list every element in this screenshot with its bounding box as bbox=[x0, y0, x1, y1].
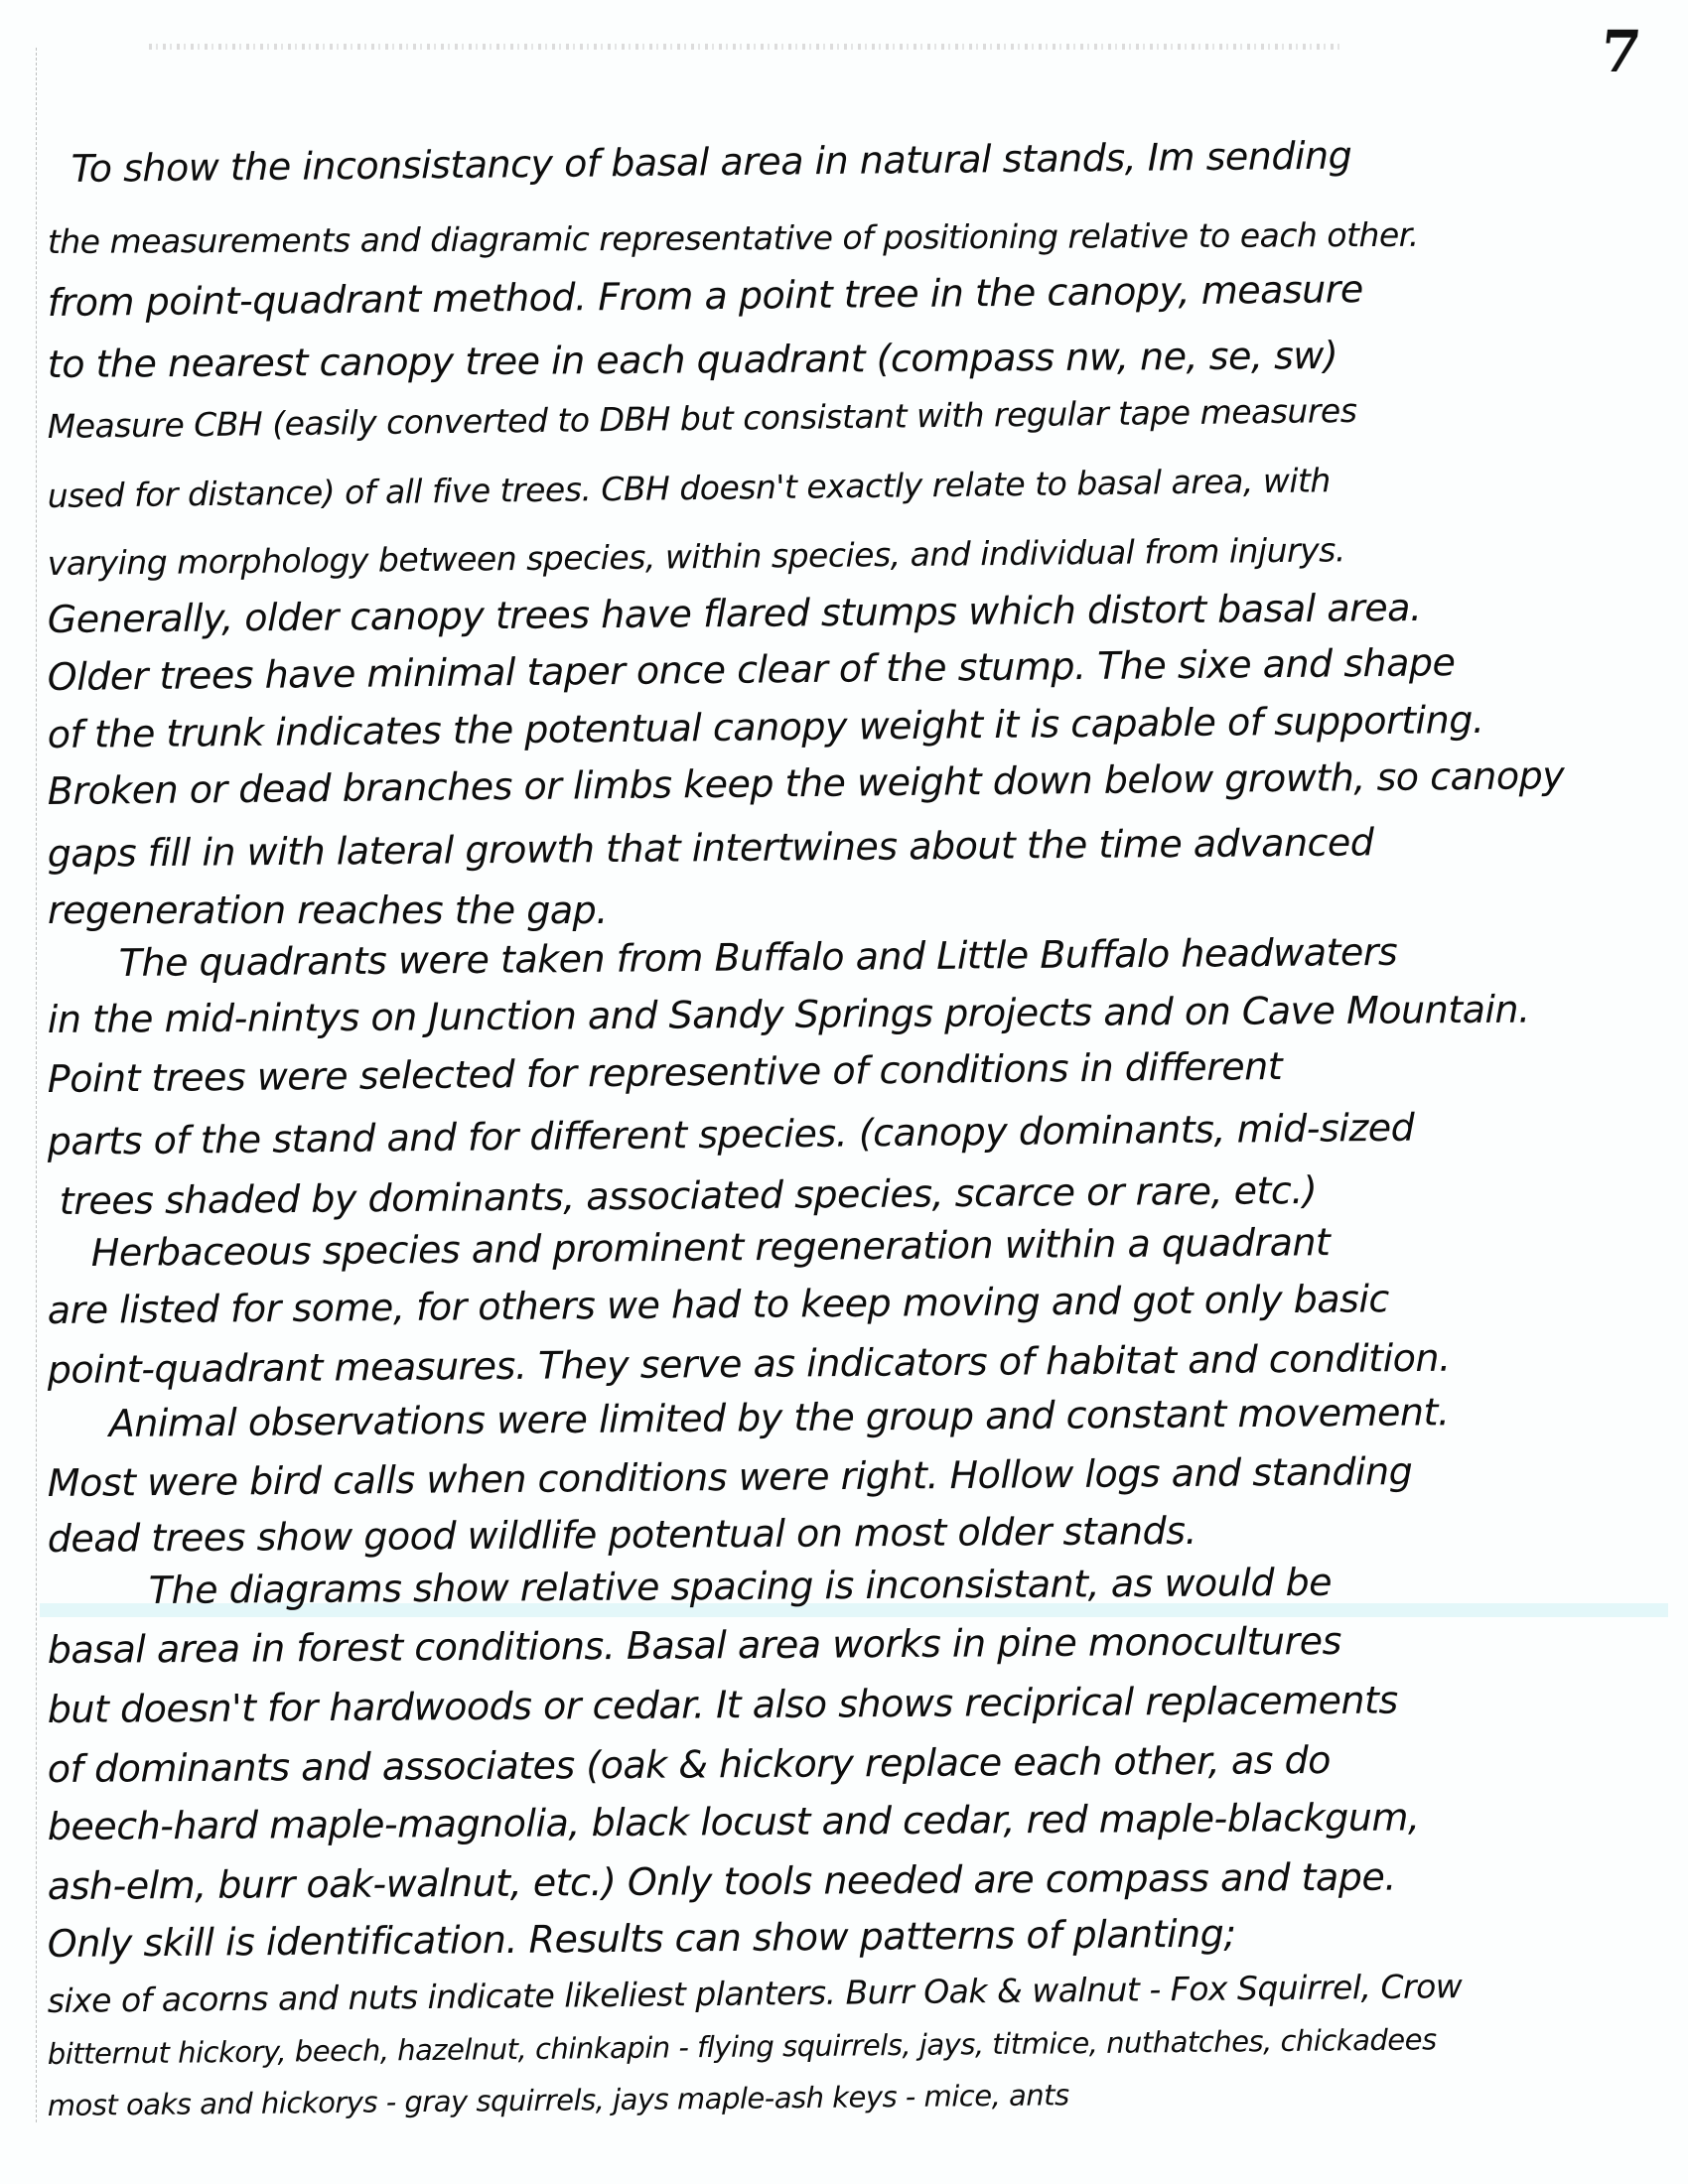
text-line: bitternut hickory, beech, hazelnut, chin… bbox=[48, 2022, 1437, 2071]
text-line: but doesn't for hardwoods or cedar. It a… bbox=[48, 1679, 1398, 1731]
text-line: Broken or dead branches or limbs keep th… bbox=[48, 753, 1565, 813]
scan-artifact-top bbox=[149, 44, 1340, 50]
text-line: parts of the stand and for different spe… bbox=[48, 1106, 1415, 1163]
text-line: trees shaded by dominants, associated sp… bbox=[60, 1168, 1318, 1223]
text-line: from point-quadrant method. From a point… bbox=[48, 267, 1363, 325]
text-line: The diagrams show relative spacing is in… bbox=[149, 1561, 1333, 1612]
text-line: sixe of acorns and nuts indicate likelie… bbox=[48, 1967, 1463, 2020]
text-line: in the mid-nintys on Junction and Sandy … bbox=[48, 988, 1530, 1041]
text-line: ash-elm, burr oak-walnut, etc.) Only too… bbox=[48, 1855, 1396, 1908]
text-line: to the nearest canopy tree in each quadr… bbox=[48, 334, 1338, 386]
text-line: point-quadrant measures. They serve as i… bbox=[48, 1336, 1451, 1392]
left-margin-line bbox=[36, 48, 37, 2122]
text-line: Older trees have minimal taper once clea… bbox=[48, 640, 1456, 699]
text-line: Most were bird calls when conditions wer… bbox=[48, 1449, 1413, 1505]
text-line: of dominants and associates (oak & hicko… bbox=[48, 1738, 1331, 1791]
text-line: the measurements and diagramic represent… bbox=[48, 215, 1419, 261]
text-line: gaps fill in with lateral growth that in… bbox=[48, 820, 1374, 876]
text-line: beech-hard maple-magnolia, black locust … bbox=[48, 1795, 1420, 1848]
page-number: 7 bbox=[1597, 18, 1644, 85]
text-line: used for distance) of all five trees. CB… bbox=[48, 461, 1332, 515]
text-line: Herbaceous species and prominent regener… bbox=[91, 1220, 1331, 1275]
text-line: The quadrants were taken from Buffalo an… bbox=[119, 930, 1398, 985]
text-line: Animal observations were limited by the … bbox=[109, 1390, 1450, 1445]
text-line: Measure CBH (easily converted to DBH but… bbox=[48, 391, 1357, 446]
text-line: regeneration reaches the gap. bbox=[48, 888, 608, 932]
text-line: varying morphology between species, with… bbox=[48, 530, 1345, 583]
text-line: dead trees show good wildlife potentual … bbox=[48, 1509, 1196, 1561]
text-line: To show the inconsistancy of basal area … bbox=[71, 133, 1352, 191]
text-line: Generally, older canopy trees have flare… bbox=[48, 586, 1422, 641]
text-line: Point trees were selected for representi… bbox=[48, 1044, 1283, 1101]
text-line: most oaks and hickorys - gray squirrels,… bbox=[48, 2078, 1069, 2122]
scanned-page: 7 To show the inconsistancy of basal are… bbox=[0, 0, 1688, 2184]
text-line: basal area in forest conditions. Basal a… bbox=[48, 1619, 1341, 1672]
text-line: are listed for some, for others we had t… bbox=[48, 1277, 1389, 1332]
text-line: Only skill is identification. Results ca… bbox=[48, 1912, 1236, 1966]
text-line: of the trunk indicates the potentual can… bbox=[48, 698, 1484, 756]
